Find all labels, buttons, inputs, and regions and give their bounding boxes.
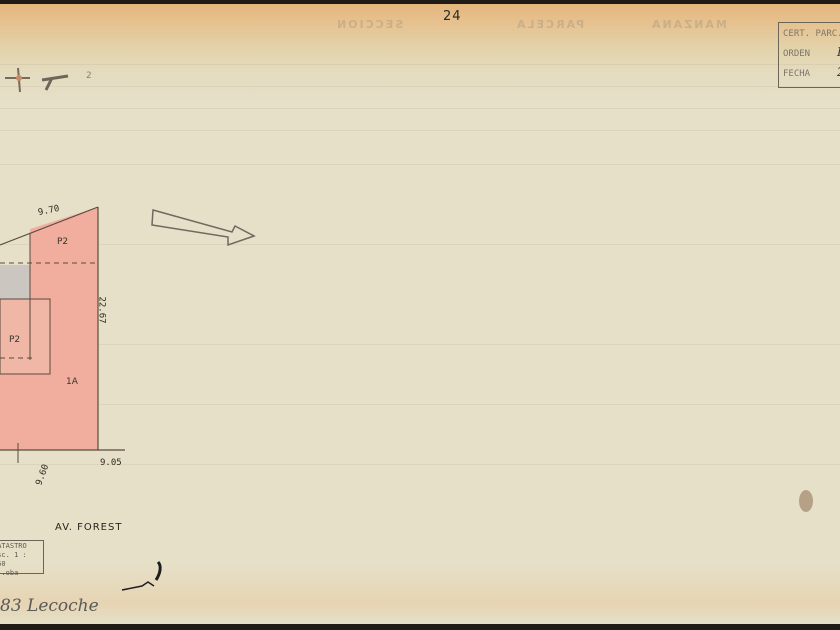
faded-header-text: SECCION [335, 18, 403, 31]
north-arrow-icon: 2 [0, 60, 100, 100]
parcel-label-upper: P2 [57, 237, 68, 247]
svg-text:2: 2 [86, 71, 92, 81]
stamp-line: CATASTRO [0, 542, 41, 551]
ink-mark-icon [120, 560, 165, 595]
faded-header-text: MANZANA [650, 18, 727, 31]
paper-stain [799, 490, 813, 512]
stamp-line: Esc. 1 : 250 [0, 551, 41, 569]
ruled-line [0, 86, 840, 87]
ruled-line [0, 164, 840, 165]
parcel-plan [0, 195, 140, 465]
certificate-stamp: CERT. PARC. ORDEN FECHA E 2 [778, 22, 840, 88]
ruled-line [0, 64, 840, 65]
stamp-line: CERT. PARC. [783, 29, 840, 39]
ruled-line [0, 108, 840, 109]
page-number: 24 [443, 9, 462, 24]
scan-bottom-edge [0, 624, 840, 630]
dimension-right: 22.67 [97, 296, 107, 323]
signature: 83 Lecoche [0, 596, 99, 616]
faded-header-text: PARCELA [515, 18, 584, 31]
street-name: AV. FOREST [55, 522, 122, 533]
stamp-line: ORDEN [783, 49, 810, 59]
parcel-label-main: 1A [66, 377, 78, 387]
direction-arrow-icon [150, 205, 260, 250]
dimension-bottom-right: 9.05 [100, 458, 122, 468]
ruled-line [0, 130, 840, 131]
stamp-line: FECHA [783, 69, 810, 79]
stamp-line: ...oba [0, 569, 41, 578]
cadastre-stamp: CATASTRO Esc. 1 : 250 ...oba [0, 540, 44, 574]
parcel-label-inner: P2 [9, 335, 20, 345]
